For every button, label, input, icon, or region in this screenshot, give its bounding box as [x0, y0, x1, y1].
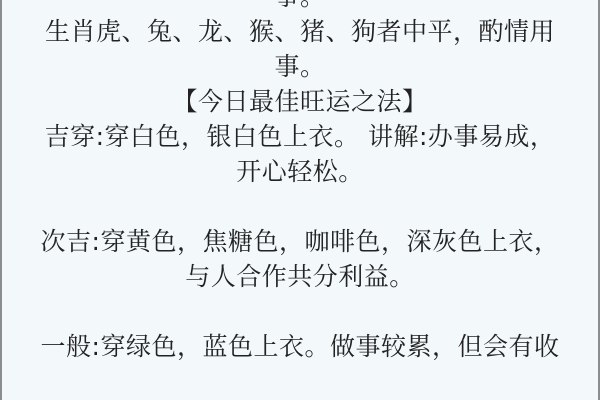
paragraph-lucky-wear: 吉穿:穿白色，银白色上衣。 讲解:办事易成，开心轻松。	[40, 119, 560, 189]
paragraph-second-lucky-wear: 次吉:穿黄色，焦糖色，咖啡色，深灰色上衣，与人合作共分利益。	[40, 224, 560, 294]
paragraph-zodiac-neutral: 生肖虎、兔、龙、猴、猪、狗者中平，酌情用事。	[40, 14, 560, 84]
section-heading-best-luck: 【今日最佳旺运之法】	[40, 84, 560, 119]
paragraph-spacer	[40, 294, 560, 329]
article-body: 事。 生肖虎、兔、龙、猴、猪、狗者中平，酌情用事。 【今日最佳旺运之法】 吉穿:…	[40, 0, 560, 364]
paragraph-ordinary-wear: 一般:穿绿色，蓝色上衣。做事较累，但会有收	[40, 329, 560, 364]
paragraph-spacer	[40, 189, 560, 224]
paragraph-cutoff-end: 事。	[40, 0, 560, 14]
